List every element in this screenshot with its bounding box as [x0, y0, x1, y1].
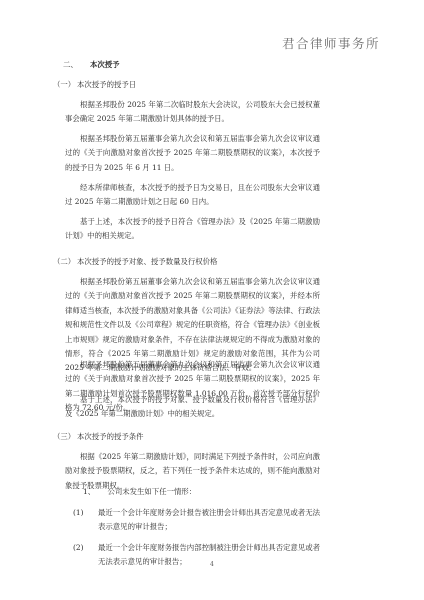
- subsection-title: 本次授予的授予日: [77, 79, 136, 91]
- paragraph: 基于上述，本次授予的授予对象、授予数量及行权价格符合《管理办法》及《2025 年…: [65, 393, 320, 422]
- document-page: 君合律师事务所 二、 本次授予 （一） 本次授予的授予日 根据圣邦股份 2025…: [0, 0, 424, 600]
- paragraph: 基于上述，本次授予的授予日符合《管理办法》及《2025 年第二期激励计划》中的相…: [65, 215, 320, 244]
- section-heading: 二、 本次授予: [25, 59, 325, 71]
- subsection-number: （一）: [53, 79, 75, 91]
- subsection-heading-2: （二） 本次授予的授予对象、授予数量及行权价格: [25, 256, 325, 268]
- paragraph: 经本所律师核查，本次授予的授予日为交易日，且在公司股东大会审议通过 2025 年…: [65, 181, 320, 210]
- subsection-title: 本次授予的授予对象、授予数量及行权价格: [77, 256, 217, 268]
- section-number: 二、: [63, 59, 78, 71]
- condition-number: (2): [73, 541, 83, 555]
- subsection-number: （三）: [53, 431, 75, 443]
- paragraph: 根据圣邦股份第五届董事会第九次会议和第五届监事会第九次会议审议通过的《关于向激励…: [65, 132, 320, 175]
- condition-number: (1): [73, 506, 83, 520]
- paragraph: 根据圣邦股份 2025 年第二次临时股东大会决议，公司股东大会已授权董事会确定 …: [65, 98, 320, 127]
- condition-heading-text: 公司未发生如下任一情形：: [107, 487, 196, 496]
- law-firm-header: 君合律师事务所: [282, 34, 380, 52]
- condition-item: (2) 最近一个会计年度财务报告内部控制被注册会计师出具否定意见或者无法表示意见…: [98, 541, 320, 570]
- subsection-title: 本次授予的授予条件: [77, 431, 144, 443]
- subsection-heading-1: （一） 本次授予的授予日: [25, 79, 325, 91]
- condition-text: 最近一个会计年度财务报告内部控制被注册会计师出具否定意见或者无法表示意见的审计报…: [98, 543, 320, 566]
- condition-heading: 1、 公司未发生如下任一情形：: [83, 486, 196, 498]
- condition-text: 最近一个会计年度财务会计报告被注册会计师出具否定意见或者无法表示意见的审计报告；: [98, 508, 320, 531]
- page-number: 4: [210, 561, 214, 568]
- subsection-number: （二）: [53, 256, 75, 268]
- section-title: 本次授予: [90, 59, 120, 71]
- condition-heading-number: 1、: [83, 487, 95, 496]
- condition-item: (1) 最近一个会计年度财务会计报告被注册会计师出具否定意见或者无法表示意见的审…: [98, 506, 320, 535]
- subsection-heading-3: （三） 本次授予的授予条件: [25, 431, 325, 443]
